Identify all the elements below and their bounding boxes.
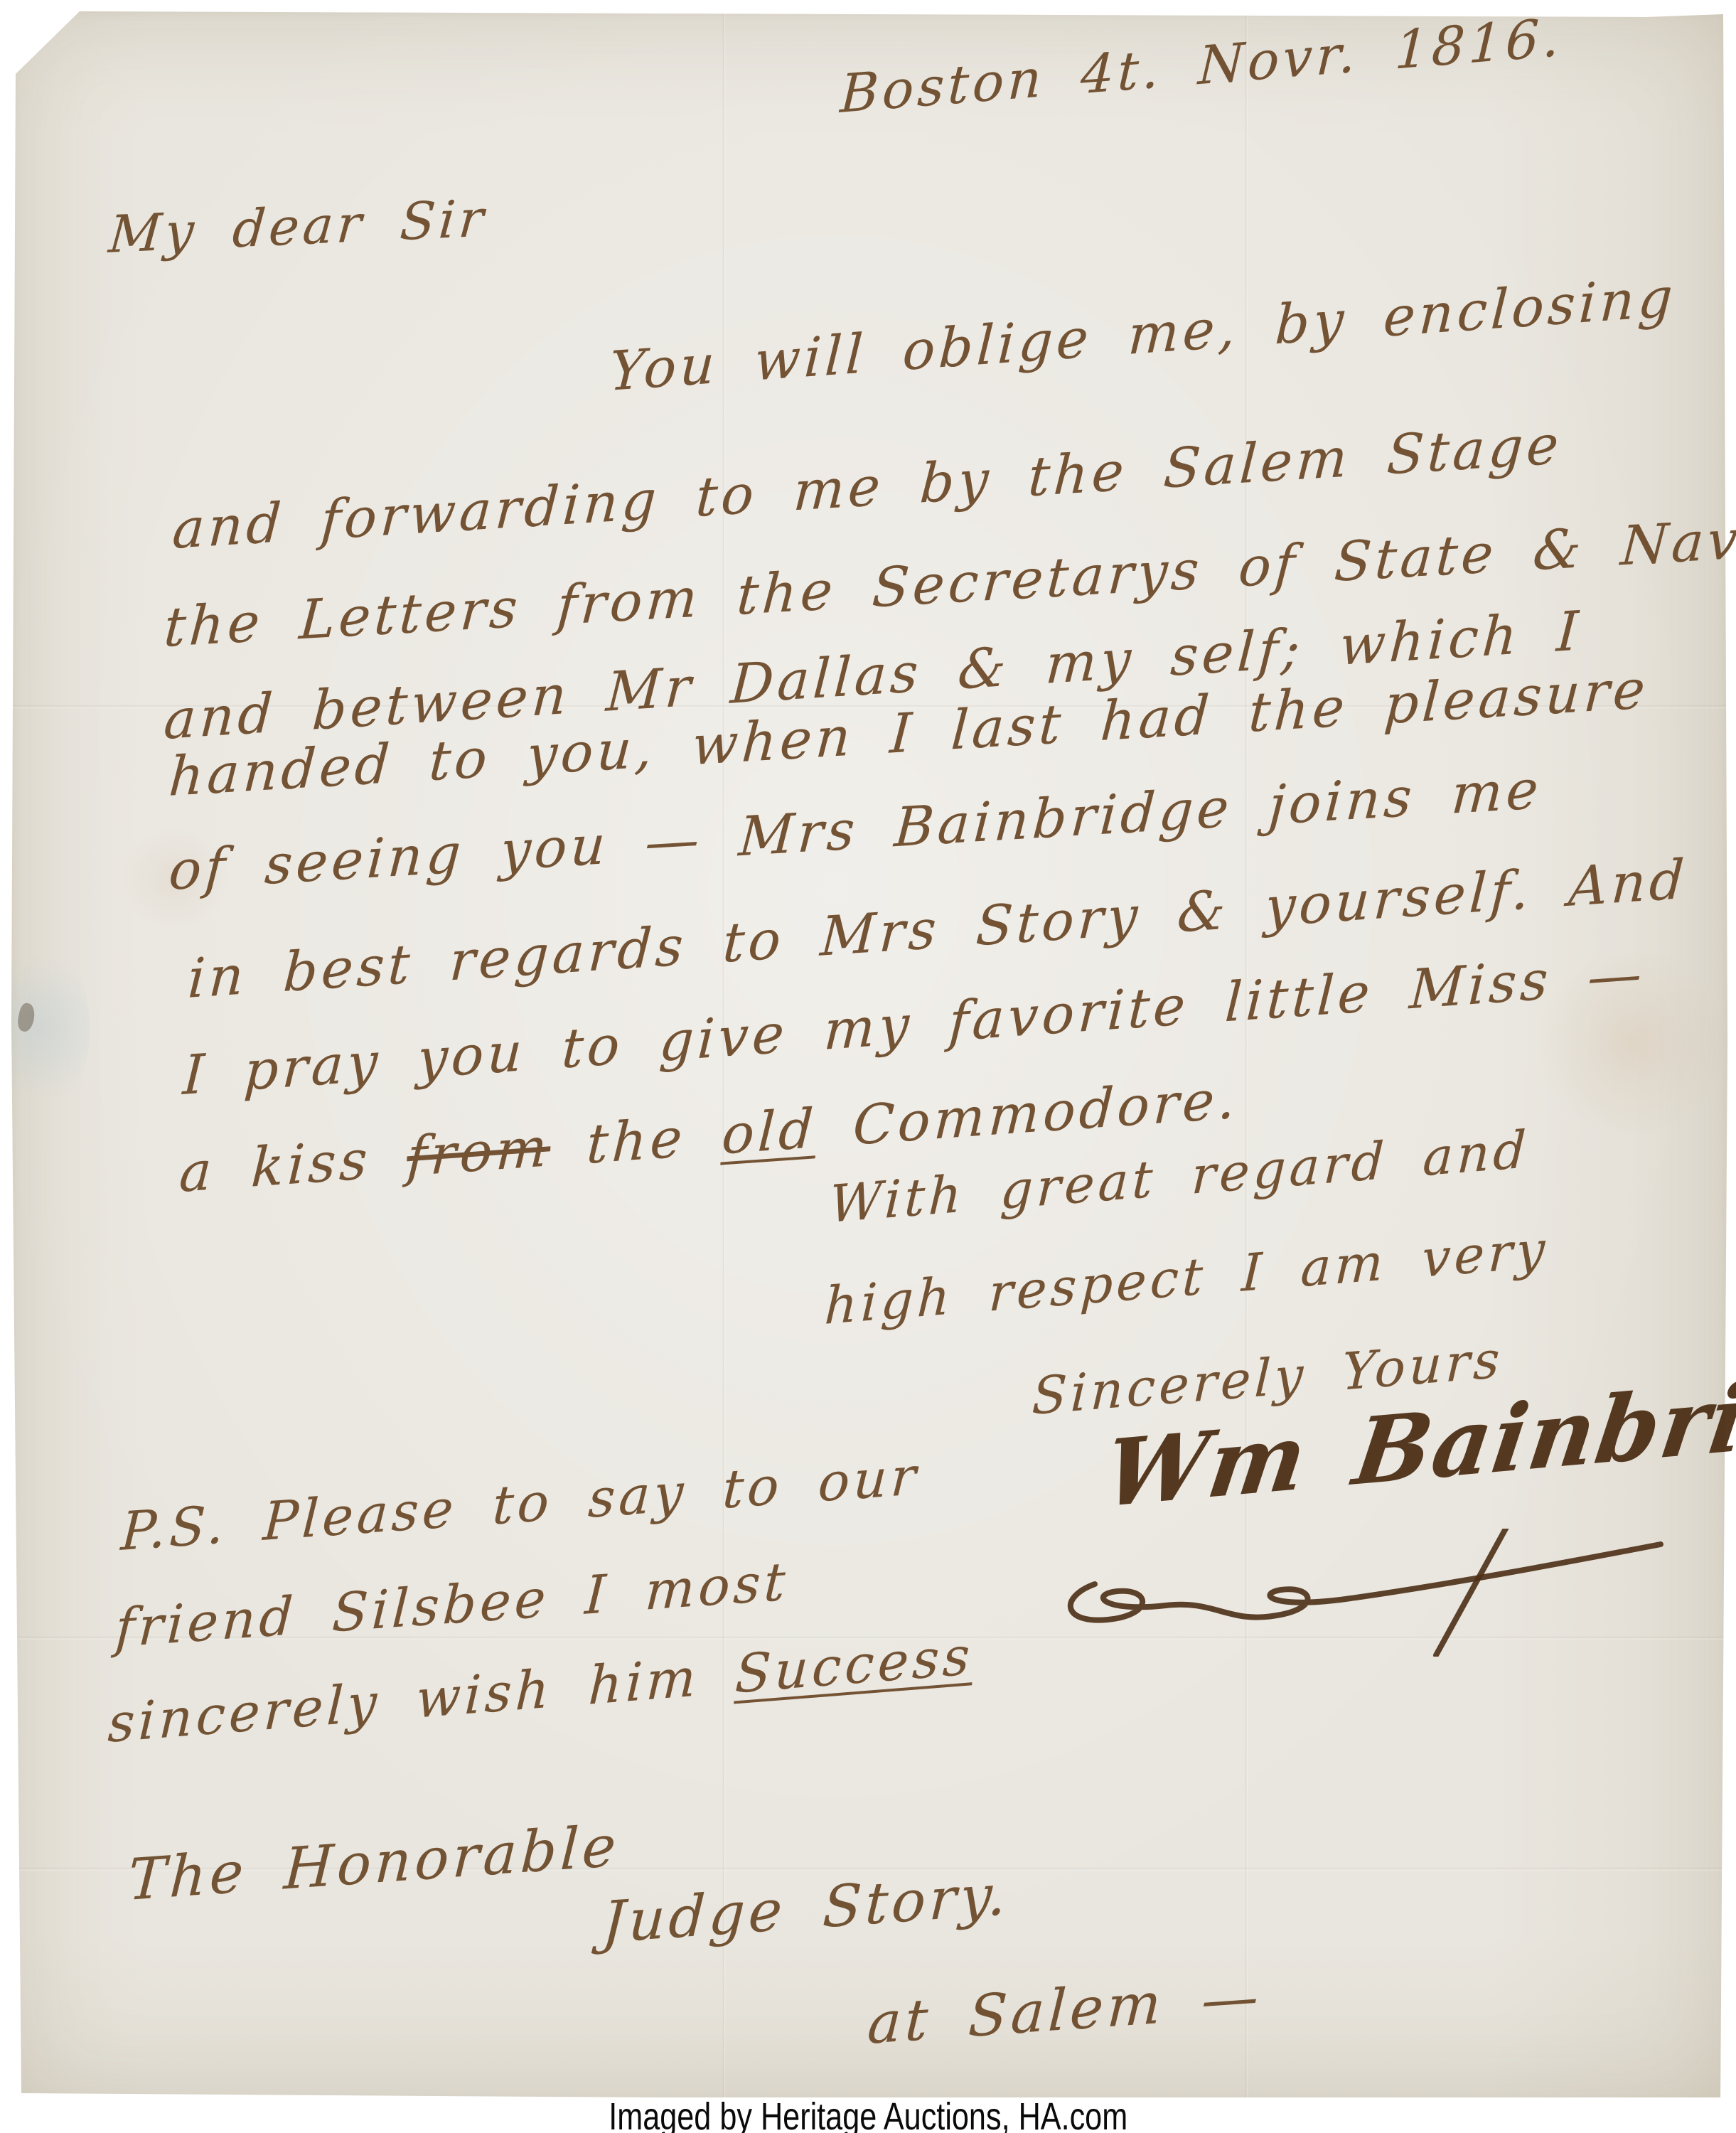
paper-edge-notch [16, 1002, 37, 1033]
caption-bar: Imaged by Heritage Auctions, HA.com [0, 2097, 1736, 2133]
signature-flourish [1052, 1529, 1678, 1657]
body-line-9-underlined-word: old [720, 1096, 818, 1167]
body-line-9-struck-word: from [405, 1115, 552, 1189]
caption-text: Imaged by Heritage Auctions, HA.com [609, 2097, 1127, 2133]
body-line-9-mid: the [549, 1103, 724, 1178]
scanned-letter-photo: Boston 4t. Novr. 1816. My dear Sir You w… [0, 0, 1736, 2133]
paper-stain [0, 936, 90, 1121]
